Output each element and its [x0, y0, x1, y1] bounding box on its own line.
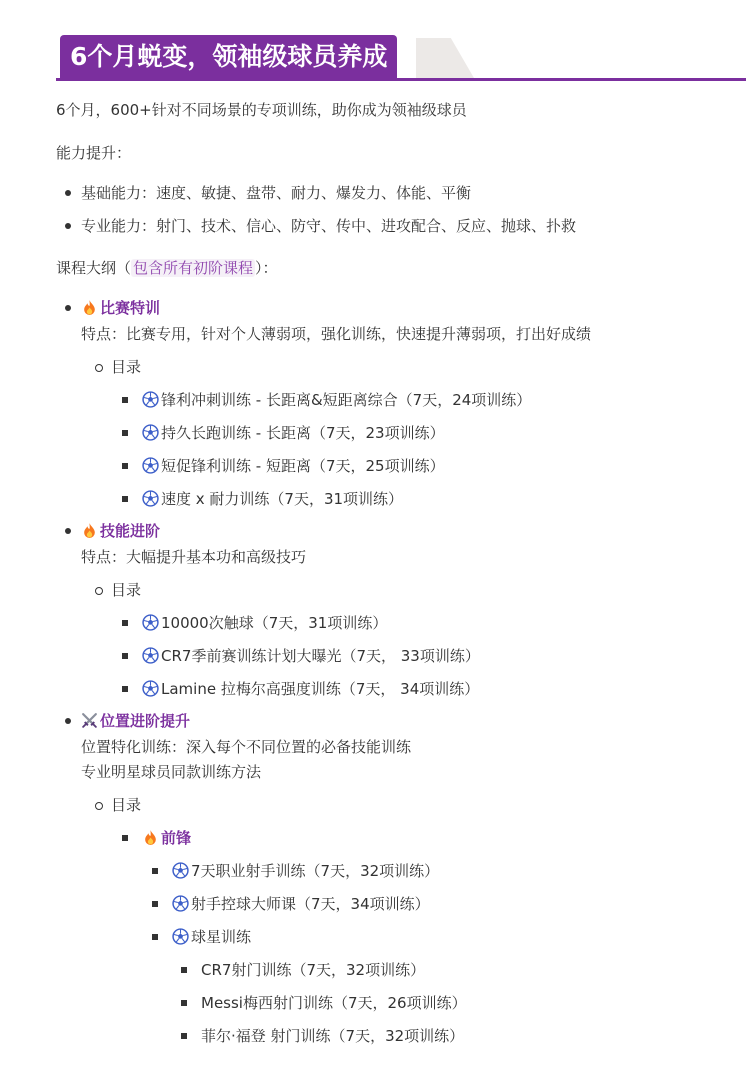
section-skill-advance: 技能进阶	[81, 521, 160, 541]
crossed-swords-icon	[81, 712, 98, 729]
subsection-forward: 前锋	[142, 828, 191, 848]
fire-icon	[142, 829, 159, 846]
section-desc: 专业明星球员同款训练方法	[81, 762, 261, 782]
list-item: CR7射门训练（7天，32项训练）	[201, 960, 425, 980]
list-item: 锋利冲刺训练 - 长距离&短距离综合（7天，24项训练）	[142, 390, 531, 410]
title-shadow-decoration	[416, 38, 474, 78]
soccer-ball-icon	[142, 647, 159, 664]
section-desc: 特点：比赛专用，针对个人薄弱项，强化训练，快速提升薄弱项，打出好成绩	[81, 324, 591, 344]
ability-item-pro: 专业能力：射门、技术、信心、防守、传中、进攻配合、反应、抛球、扑救	[81, 216, 576, 236]
soccer-ball-icon	[172, 862, 189, 879]
section-match-training: 比赛特训	[81, 298, 160, 318]
soccer-ball-icon	[142, 457, 159, 474]
list-item: 球星训练	[172, 927, 251, 947]
outline-label: 课程大纲（包含所有初阶课程）：	[56, 258, 278, 278]
list-item: Messi梅西射门训练（7天，26项训练）	[201, 993, 467, 1013]
section-desc: 位置特化训练：深入每个不同位置的必备技能训练	[81, 737, 411, 757]
toc-label: 目录	[111, 580, 141, 600]
list-item: Lamine 拉梅尔高强度训练（7天， 34项训练）	[142, 679, 479, 699]
list-item: 速度 x 耐力训练（7天，31项训练）	[142, 489, 403, 509]
soccer-ball-icon	[142, 391, 159, 408]
soccer-ball-icon	[142, 614, 159, 631]
toc-label: 目录	[111, 795, 141, 815]
title-divider	[56, 78, 746, 81]
section-position-advance: 位置进阶提升	[81, 711, 190, 731]
toc-label: 目录	[111, 357, 141, 377]
outline-label-prefix: 课程大纲（	[56, 259, 131, 277]
soccer-ball-icon	[142, 424, 159, 441]
soccer-ball-icon	[172, 928, 189, 945]
page-header: 6个月蜕变，领袖级球员养成	[56, 32, 746, 81]
list-item: 菲尔·福登 射门训练（7天，32项训练）	[201, 1026, 464, 1046]
list-item: 短促锋利训练 - 短距离（7天，25项训练）	[142, 456, 445, 476]
soccer-ball-icon	[142, 680, 159, 697]
list-item: 10000次触球（7天，31项训练）	[142, 613, 387, 633]
subsection-title: 前锋	[161, 829, 191, 847]
list-item: 持久长跑训练 - 长距离（7天，23项训练）	[142, 423, 445, 443]
section-title: 技能进阶	[100, 522, 160, 540]
intro-text: 6个月，600+针对不同场景的专项训练，助你成为领袖级球员	[56, 100, 467, 120]
section-title: 位置进阶提升	[100, 712, 190, 730]
list-item: 7天职业射手训练（7天，32项训练）	[172, 861, 439, 881]
fire-icon	[81, 299, 98, 316]
outline-label-suffix: ）：	[255, 259, 278, 277]
section-desc: 特点：大幅提升基本功和高级技巧	[81, 547, 306, 567]
page-title: 6个月蜕变，领袖级球员养成	[60, 35, 397, 78]
list-item: CR7季前赛训练计划大曝光（7天， 33项训练）	[142, 646, 480, 666]
outline-link[interactable]: 包含所有初阶课程	[131, 259, 255, 277]
section-title: 比赛特训	[100, 299, 160, 317]
list-item: 射手控球大师课（7天，34项训练）	[172, 894, 430, 914]
soccer-ball-icon	[172, 895, 189, 912]
soccer-ball-icon	[142, 490, 159, 507]
ability-item-basic: 基础能力：速度、敏捷、盘带、耐力、爆发力、体能、平衡	[81, 183, 471, 203]
fire-icon	[81, 522, 98, 539]
abilities-label: 能力提升：	[56, 143, 131, 163]
